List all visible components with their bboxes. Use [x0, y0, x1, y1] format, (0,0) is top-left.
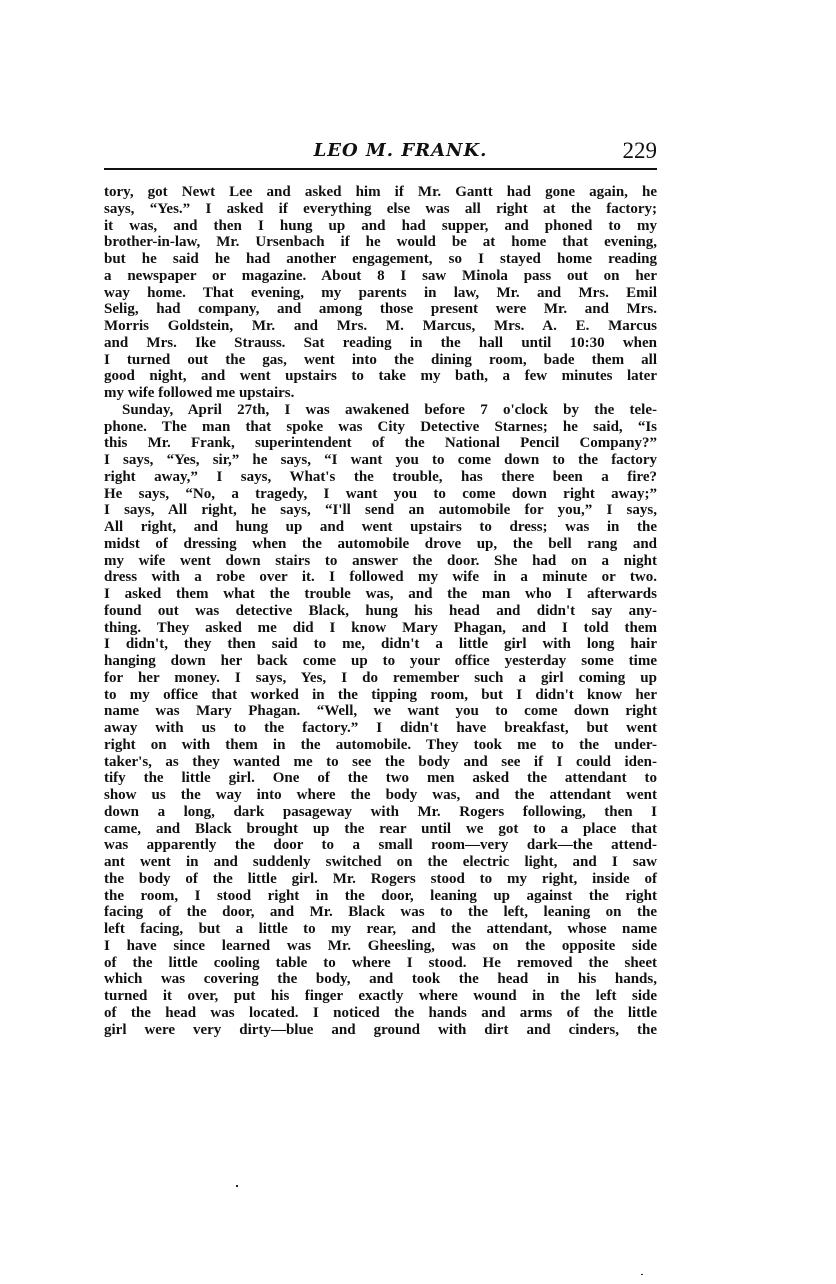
text-line: was apparently the door to a small room—…	[104, 837, 657, 854]
running-title: LEO M. FRANK.	[104, 140, 657, 161]
text-line: dress with a robe over it. I followed my…	[104, 569, 657, 586]
text-line: of the head was located. I noticed the h…	[104, 1005, 657, 1022]
text-line: turned it over, put his finger exactly w…	[104, 988, 657, 1005]
text-line: midst of dressing when the automobile dr…	[104, 536, 657, 553]
text-line: ant went in and suddenly switched on the…	[104, 854, 657, 871]
page-number: 229	[623, 138, 658, 164]
scan-speck	[236, 1185, 238, 1187]
text-line: tory, got Newt Lee and asked him if Mr. …	[104, 184, 657, 201]
text-line: left facing, but a little to my rear, an…	[104, 921, 657, 938]
running-header: LEO M. FRANK. 229	[104, 140, 657, 168]
text-line: which was covering the body, and took th…	[104, 971, 657, 988]
text-line: show us the way into where the body was,…	[104, 787, 657, 804]
text-line: it was, and then I hung up and had suppe…	[104, 218, 657, 235]
text-line: I says, All right, he says, “I'll send a…	[104, 502, 657, 519]
text-line: down a long, dark pasageway with Mr. Rog…	[104, 804, 657, 821]
text-line: hanging down her back come up to your of…	[104, 653, 657, 670]
paragraph: Sunday, April 27th, I was awakened befor…	[104, 402, 657, 1039]
text-line: I turned out the gas, went into the dini…	[104, 352, 657, 369]
text-line: I have since learned was Mr. Gheesling, …	[104, 938, 657, 955]
text-line: my wife followed me upstairs.	[104, 385, 657, 402]
text-line: thing. They asked me did I know Mary Pha…	[104, 620, 657, 637]
text-line: right away,” I says, What's the trouble,…	[104, 469, 657, 486]
text-line: I says, “Yes, sir,” he says, “I want you…	[104, 452, 657, 469]
text-line: All right, and hung up and went upstairs…	[104, 519, 657, 536]
text-line: and Mrs. Ike Strauss. Sat reading in the…	[104, 335, 657, 352]
text-line: came, and Black brought up the rear unti…	[104, 821, 657, 838]
text-line: found out was detective Black, hung his …	[104, 603, 657, 620]
text-line: way home. That evening, my parents in la…	[104, 285, 657, 302]
text-line: girl were very dirty—blue and ground wit…	[104, 1022, 657, 1039]
text-line: Selig, had company, and among those pres…	[104, 301, 657, 318]
text-line: my wife went down stairs to answer the d…	[104, 553, 657, 570]
text-line: the body of the little girl. Mr. Rogers …	[104, 871, 657, 888]
text-line: phone. The man that spoke was City Detec…	[104, 419, 657, 436]
body-text: tory, got Newt Lee and asked him if Mr. …	[104, 184, 657, 1038]
text-line: the room, I stood right in the door, lea…	[104, 888, 657, 905]
text-line: I asked them what the trouble was, and t…	[104, 586, 657, 603]
text-line: good night, and went upstairs to take my…	[104, 368, 657, 385]
header-rule	[104, 168, 657, 170]
text-line: Sunday, April 27th, I was awakened befor…	[104, 402, 657, 419]
text-line: taker's, as they wanted me to see the bo…	[104, 754, 657, 771]
text-line: away with us to the factory.” I didn't h…	[104, 720, 657, 737]
text-line: to my office that worked in the tipping …	[104, 687, 657, 704]
text-line: of the little cooling table to where I s…	[104, 955, 657, 972]
text-line: this Mr. Frank, superintendent of the Na…	[104, 435, 657, 452]
text-line: facing of the door, and Mr. Black was to…	[104, 904, 657, 921]
text-line: He says, “No, a tragedy, I want you to c…	[104, 486, 657, 503]
text-line: says, “Yes.” I asked if everything else …	[104, 201, 657, 218]
text-line: tify the little girl. One of the two men…	[104, 770, 657, 787]
text-line: Morris Goldstein, Mr. and Mrs. M. Marcus…	[104, 318, 657, 335]
text-line: I didn't, they then said to me, didn't a…	[104, 636, 657, 653]
text-line: but he said he had another engagement, s…	[104, 251, 657, 268]
book-page: LEO M. FRANK. 229 tory, got Newt Lee and…	[0, 0, 836, 1284]
text-line: right on with them in the automobile. Th…	[104, 737, 657, 754]
text-line: brother-in-law, Mr. Ursenbach if he woul…	[104, 234, 657, 251]
scan-speck	[641, 1274, 643, 1275]
text-line: for her money. I says, Yes, I do remembe…	[104, 670, 657, 687]
text-line: a newspaper or magazine. About 8 I saw M…	[104, 268, 657, 285]
paragraph: tory, got Newt Lee and asked him if Mr. …	[104, 184, 657, 402]
text-line: name was Mary Phagan. “Well, we want you…	[104, 703, 657, 720]
